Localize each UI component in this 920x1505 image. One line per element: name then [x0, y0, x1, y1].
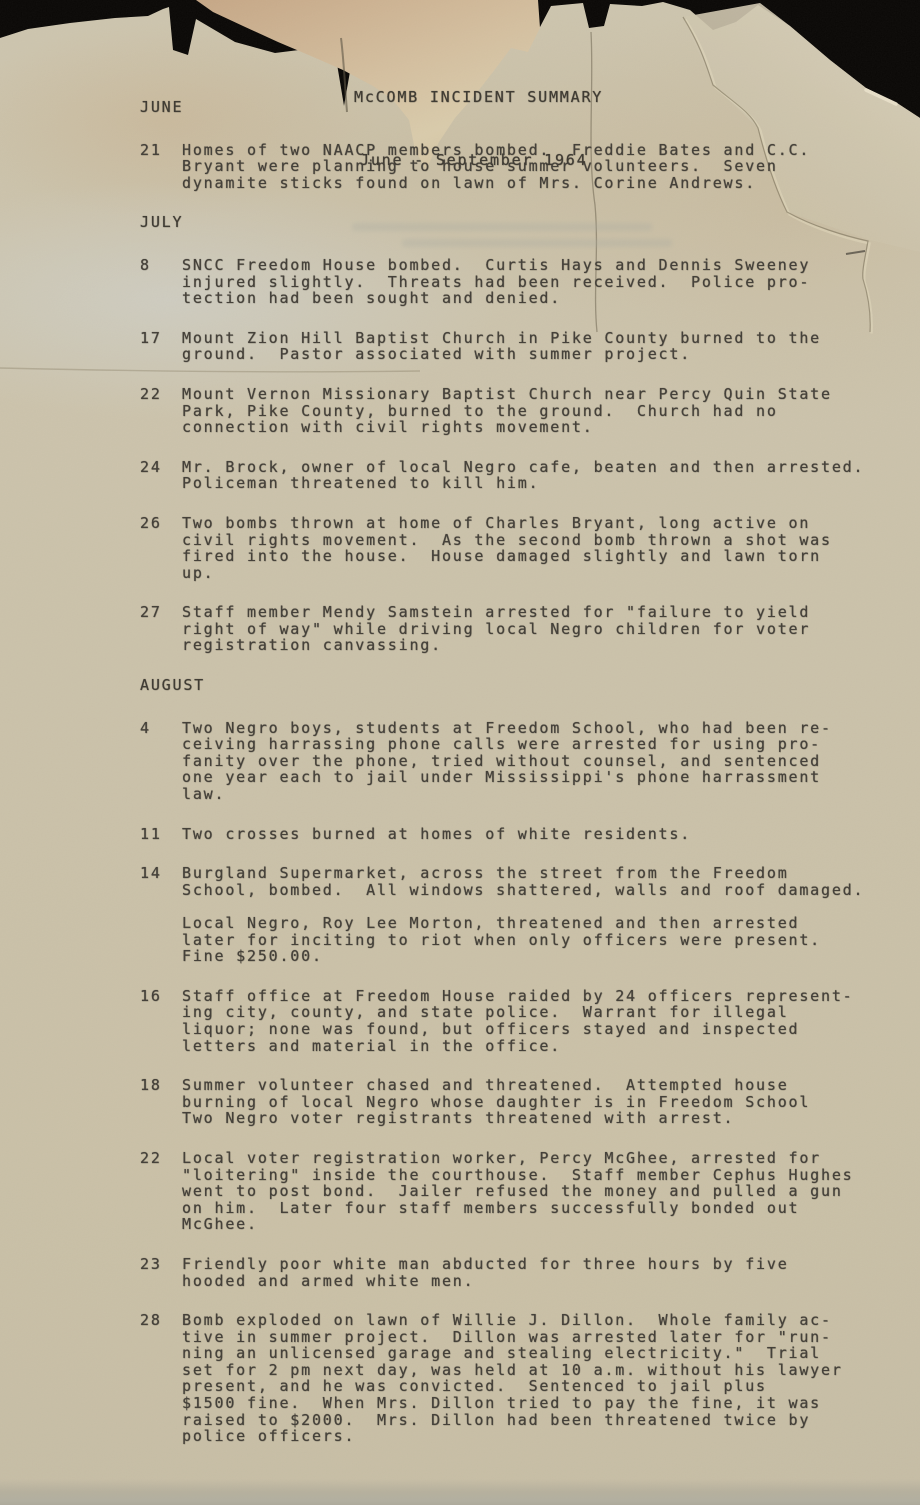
incident-entry: 24Mr. Brock, owner of local Negro cafe, …: [140, 459, 902, 492]
incident-entry: 14Burgland Supermarket, across the stree…: [140, 865, 902, 965]
section-header: AUGUST: [140, 677, 902, 694]
entry-text: Two bombs thrown at home of Charles Brya…: [182, 515, 832, 581]
entry-text: Two Negro boys, students at Freedom Scho…: [182, 720, 832, 803]
incident-entry: 18Summer volunteer chased and threatened…: [140, 1077, 902, 1127]
section-header: JUNE: [140, 99, 902, 116]
incident-entry: 22Mount Vernon Missionary Baptist Church…: [140, 386, 902, 436]
entry-day: 22: [140, 1150, 182, 1167]
entry-text: Staff office at Freedom House raided by …: [182, 988, 854, 1054]
section-header: JULY: [140, 214, 902, 231]
entry-day: 8: [140, 257, 182, 274]
entry-day: 17: [140, 330, 182, 347]
entry-text: Staff member Mendy Samstein arrested for…: [182, 604, 810, 654]
entry-text: Mount Vernon Missionary Baptist Church n…: [182, 386, 832, 436]
scan-bottom-edge: [0, 1479, 920, 1505]
entry-day: 4: [140, 720, 182, 737]
incident-entry: 22Local voter registration worker, Percy…: [140, 1150, 902, 1233]
incident-entry: 16Staff office at Freedom House raided b…: [140, 988, 902, 1054]
incident-entry: 23Friendly poor white man abducted for t…: [140, 1256, 902, 1289]
incident-entry: 27Staff member Mendy Samstein arrested f…: [140, 604, 902, 654]
entry-text: Local voter registration worker, Percy M…: [182, 1150, 854, 1233]
entry-day: 21: [140, 142, 182, 159]
entry-text: Mount Zion Hill Baptist Church in Pike C…: [182, 330, 821, 363]
entry-text: SNCC Freedom House bombed. Curtis Hays a…: [182, 257, 810, 307]
entry-day: 16: [140, 988, 182, 1005]
scanned-document: McCOMB INCIDENT SUMMARY June - September…: [0, 0, 920, 1505]
entry-text: Homes of two NAACP members bombed. Fredd…: [182, 142, 810, 192]
incident-entry: 8SNCC Freedom House bombed. Curtis Hays …: [140, 257, 902, 307]
entry-text: Burgland Supermarket, across the street …: [182, 865, 864, 965]
entry-day: 14: [140, 865, 182, 882]
entry-text: Bomb exploded on lawn of Willie J. Dillo…: [182, 1312, 843, 1445]
entry-day: 22: [140, 386, 182, 403]
entry-text: Summer volunteer chased and threatened. …: [182, 1077, 810, 1127]
entry-day: 24: [140, 459, 182, 476]
incident-entry: 21Homes of two NAACP members bombed. Fre…: [140, 142, 902, 192]
entry-text: Friendly poor white man abducted for thr…: [182, 1256, 789, 1289]
entry-text: Two crosses burned at homes of white res…: [182, 826, 691, 843]
incident-entry: 4Two Negro boys, students at Freedom Sch…: [140, 720, 902, 803]
entry-day: 18: [140, 1077, 182, 1094]
incident-entry: 26Two bombs thrown at home of Charles Br…: [140, 515, 902, 581]
entry-day: 11: [140, 826, 182, 843]
incident-entry: 28Bomb exploded on lawn of Willie J. Dil…: [140, 1312, 902, 1445]
incident-entry: 11Two crosses burned at homes of white r…: [140, 826, 902, 843]
entry-day: 26: [140, 515, 182, 532]
entry-text: Mr. Brock, owner of local Negro cafe, be…: [182, 459, 864, 492]
entry-day: 27: [140, 604, 182, 621]
incident-list: JUNE21Homes of two NAACP members bombed.…: [140, 99, 902, 1468]
entry-day: 23: [140, 1256, 182, 1273]
entry-day: 28: [140, 1312, 182, 1329]
incident-entry: 17Mount Zion Hill Baptist Church in Pike…: [140, 330, 902, 363]
